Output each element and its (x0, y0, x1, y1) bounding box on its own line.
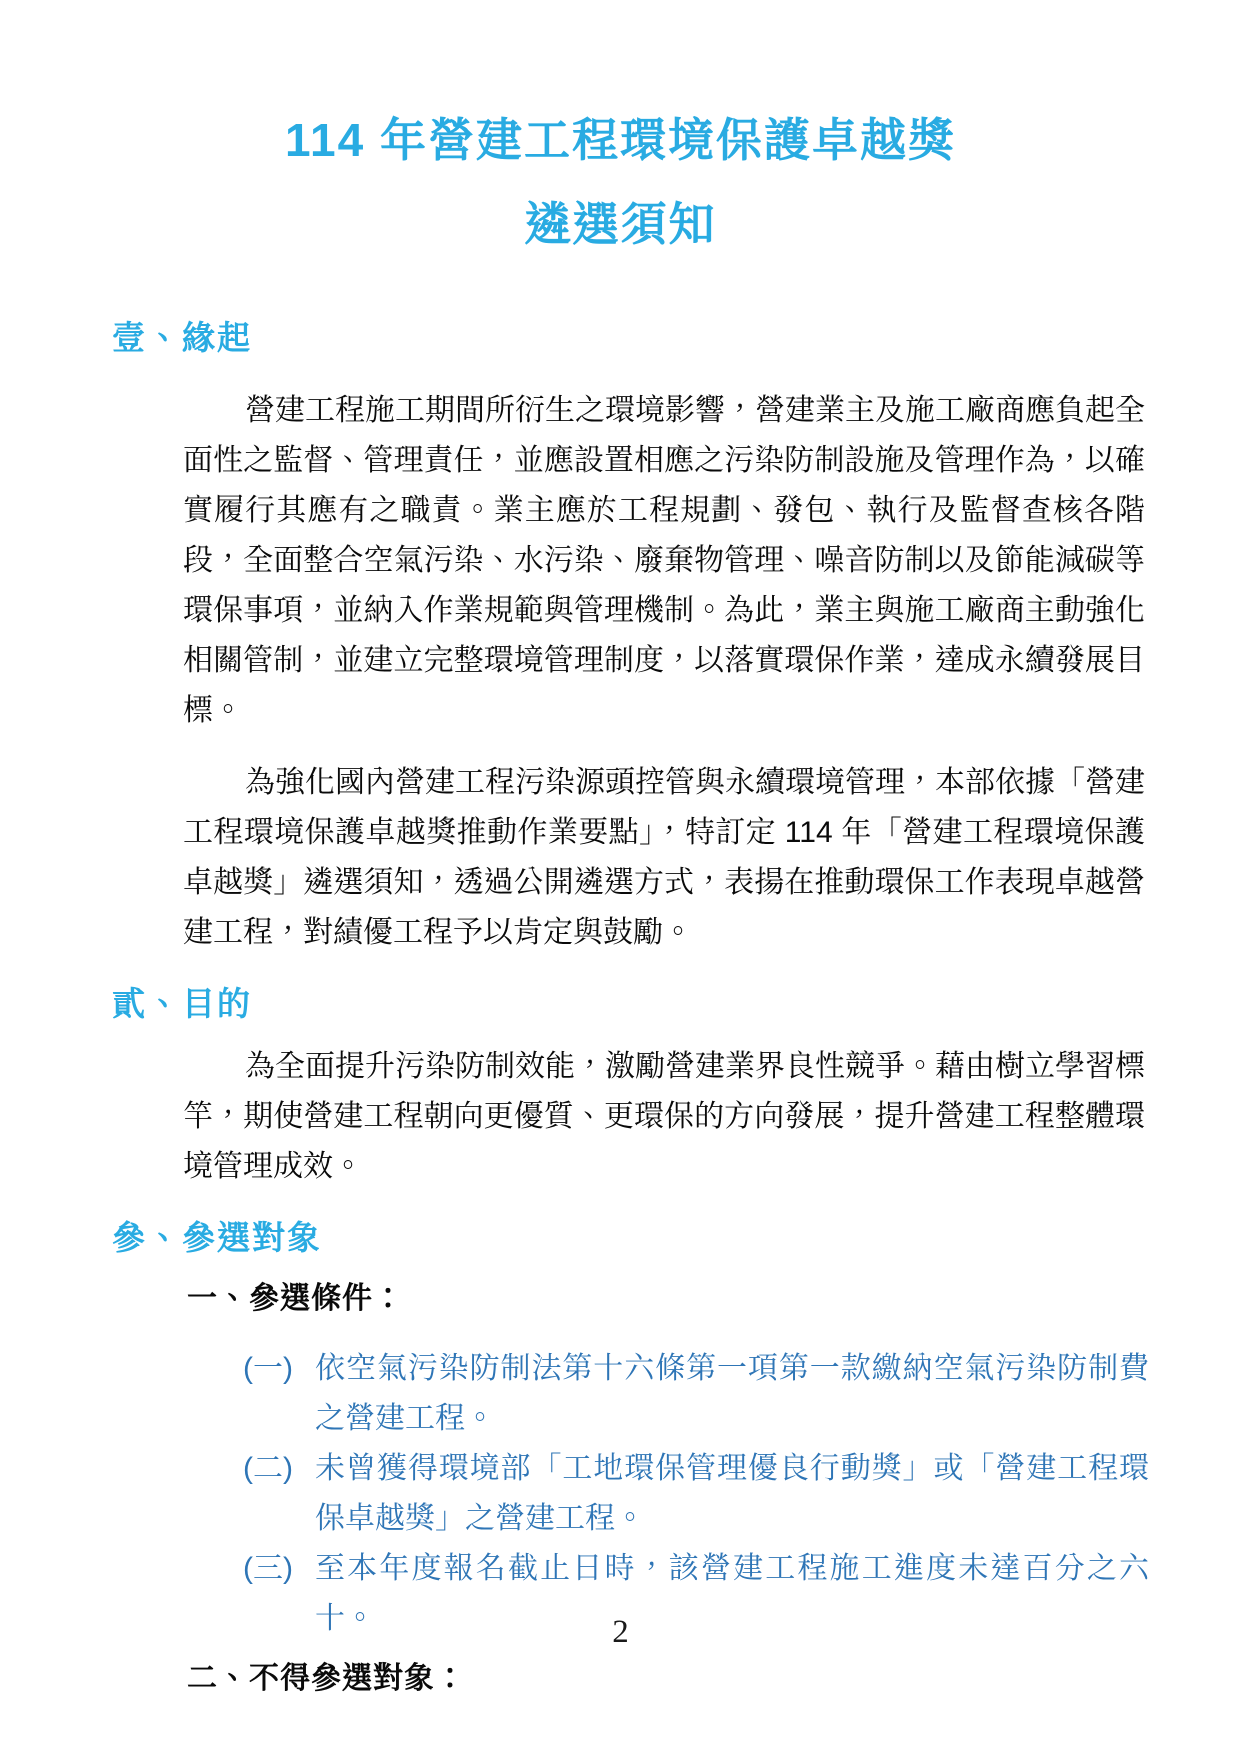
document-page: 114 年營建工程環境保護卓越獎 遴選須知 壹、緣起 營建工程施工期間所衍生之環… (0, 0, 1241, 1755)
paragraph-origin-2: 為強化國內營建工程污染源頭控管與永續環境管理，本部依據「營建工程環境保護卓越獎推… (183, 758, 1145, 958)
section-heading-eligibility: 參、參選對象 (112, 1216, 1241, 1260)
condition-item-2: (二) 未曾獲得環境部「工地環保管理優良行動獎」或「營建工程環保卓越獎」之營建工… (243, 1444, 1149, 1544)
condition-item-1: (一) 依空氣污染防制法第十六條第一項第一款繳納空氣污染防制費之營建工程。 (243, 1344, 1149, 1444)
condition-text-2: 未曾獲得環境部「工地環保管理優良行動獎」或「營建工程環保卓越獎」之營建工程。 (315, 1444, 1149, 1544)
conditions-list: (一) 依空氣污染防制法第十六條第一項第一款繳納空氣污染防制費之營建工程。 (二… (243, 1344, 1149, 1644)
condition-marker-1: (一) (243, 1344, 315, 1444)
condition-text-1: 依空氣污染防制法第十六條第一項第一款繳納空氣污染防制費之營建工程。 (315, 1344, 1149, 1444)
document-title-line1: 114 年營建工程環境保護卓越獎 (0, 112, 1241, 168)
paragraph-purpose: 為全面提升污染防制效能，激勵營建業界良性競爭。藉由樹立學習標竿，期使營建工程朝向… (183, 1042, 1145, 1192)
document-title-line2: 遴選須知 (0, 196, 1241, 252)
condition-marker-2: (二) (243, 1444, 315, 1544)
subsection-heading-conditions: 一、參選條件： (187, 1278, 1241, 1320)
section-heading-purpose: 貳、目的 (112, 982, 1241, 1026)
page-number: 2 (0, 1612, 1241, 1652)
paragraph-origin-1: 營建工程施工期間所衍生之環境影響，營建業主及施工廠商應負起全面性之監督、管理責任… (183, 386, 1145, 736)
subsection-heading-excluded: 二、不得參選對象： (187, 1658, 1241, 1700)
section-heading-origin: 壹、緣起 (112, 316, 1241, 360)
